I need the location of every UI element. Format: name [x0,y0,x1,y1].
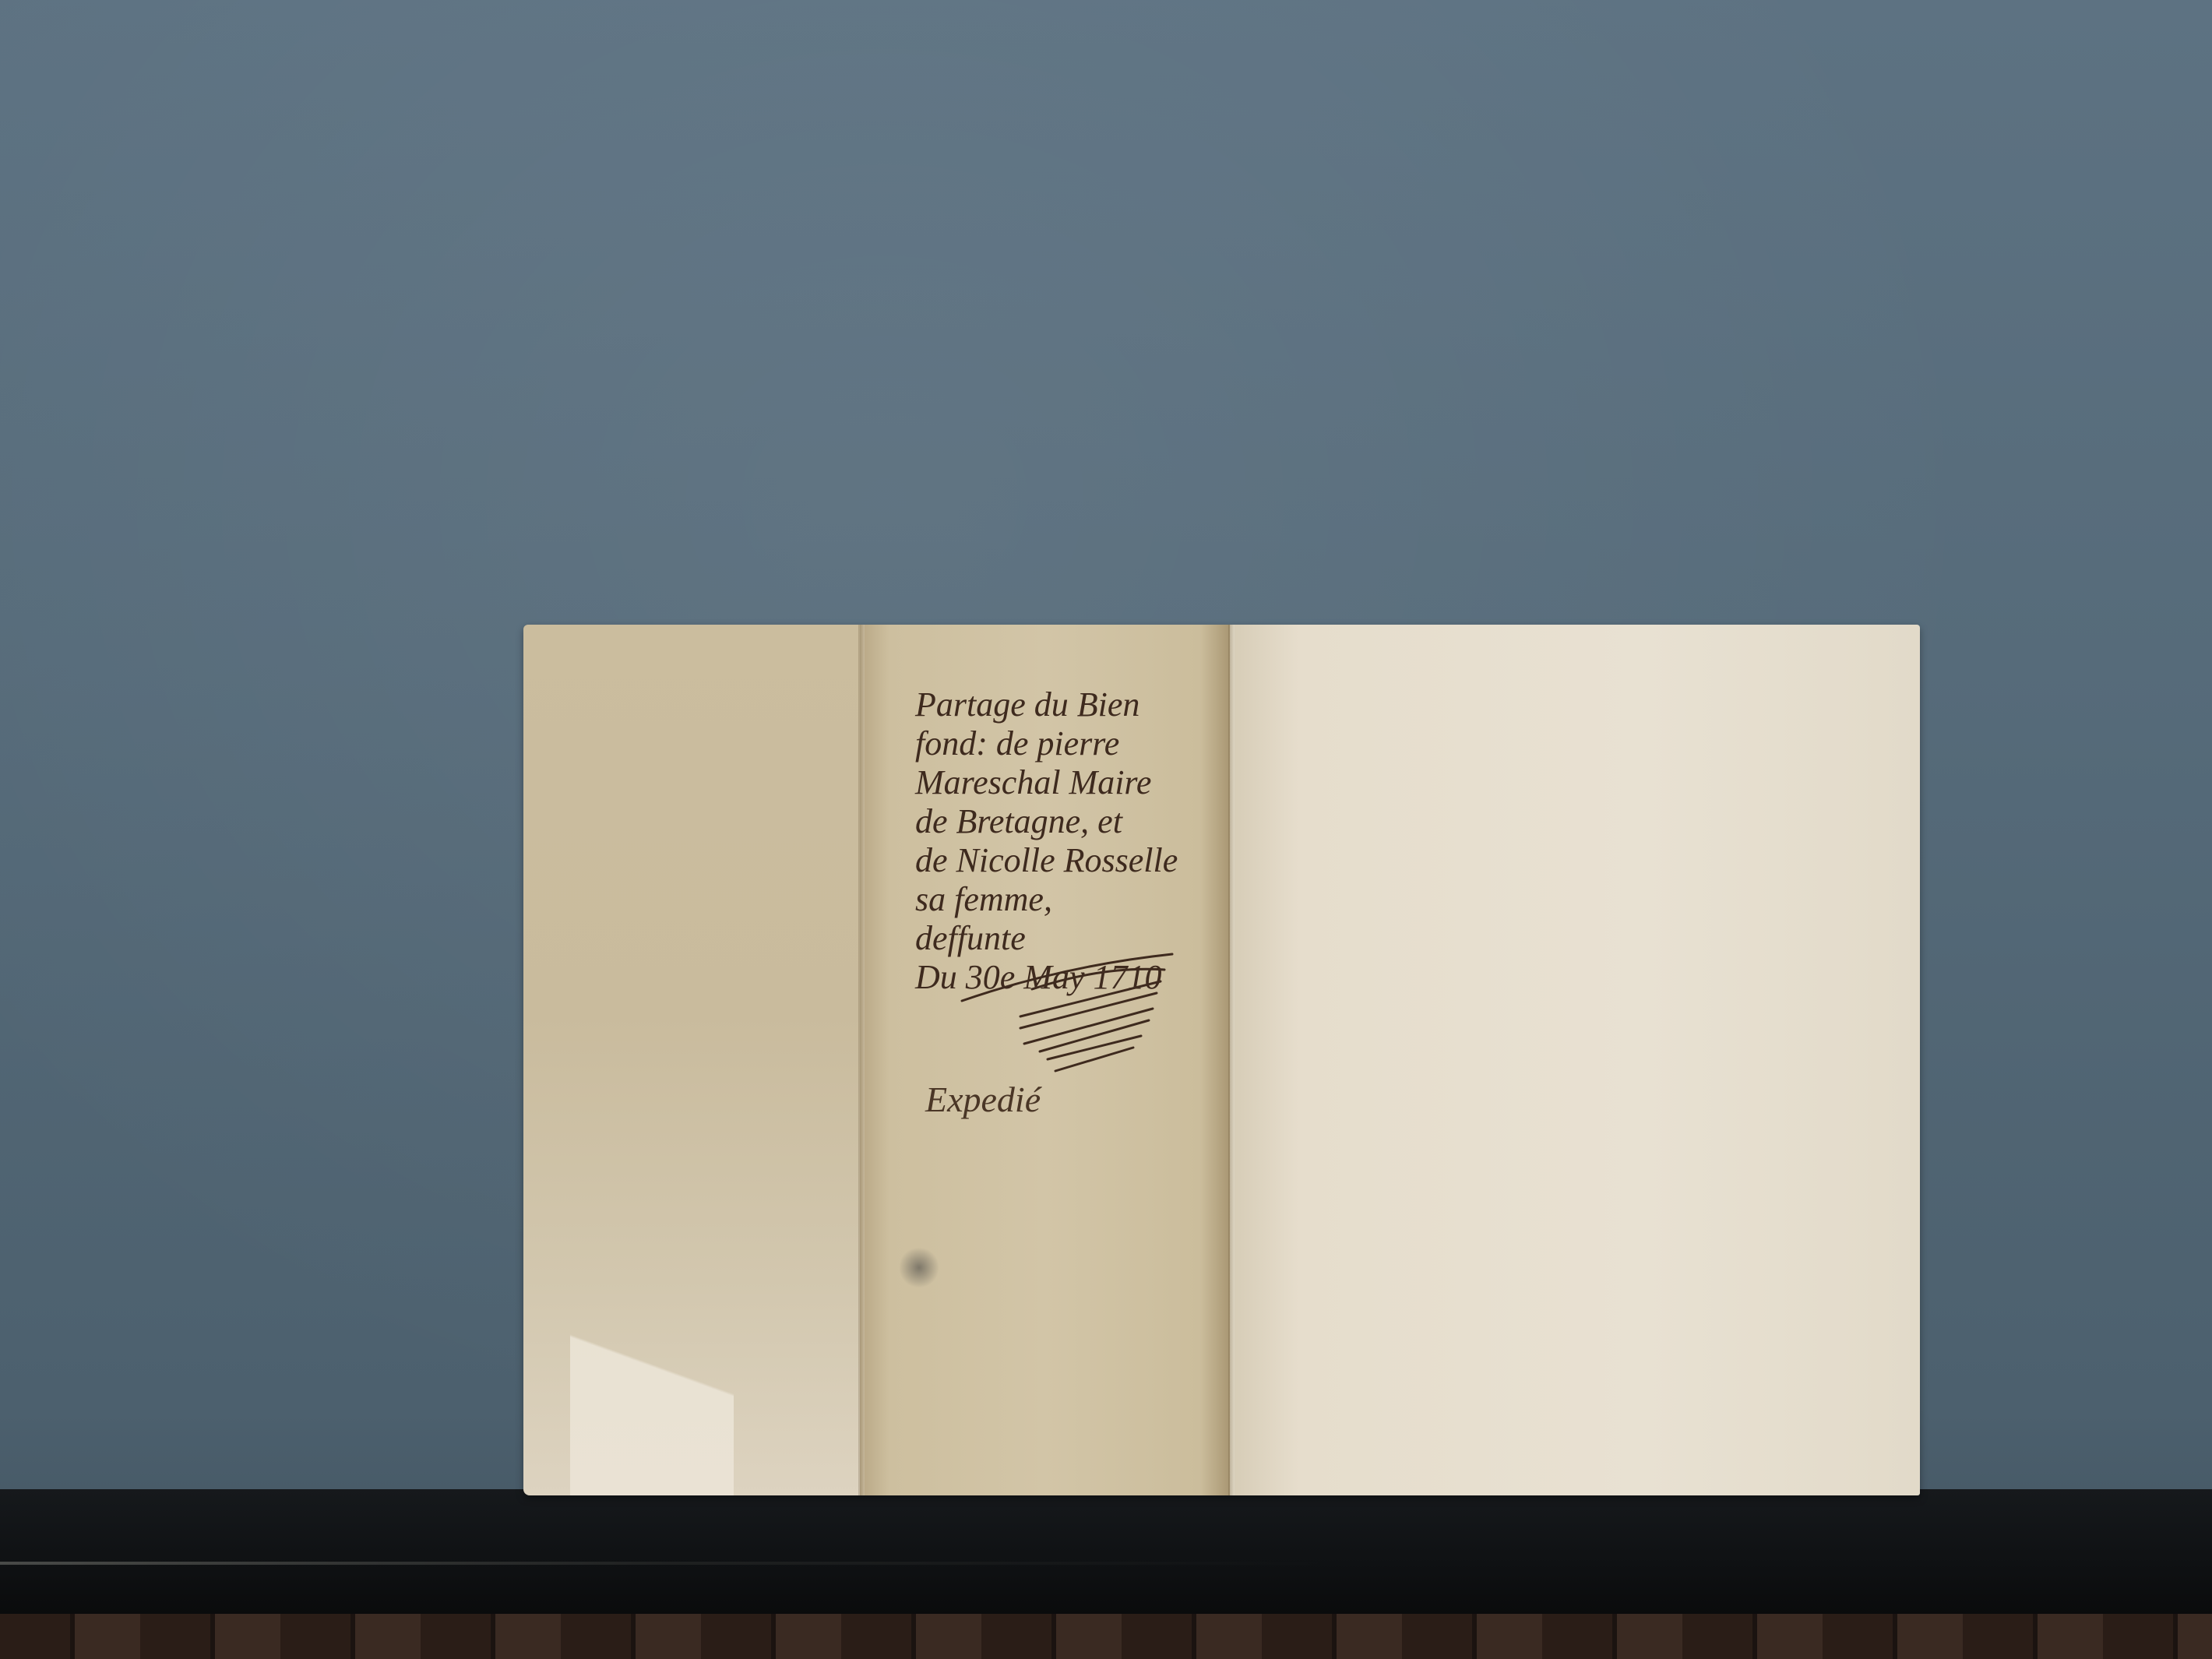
document-right-panel [1230,625,1920,1495]
endorsement-line: de Nicolle Rosselle [915,841,1242,880]
expedie-annotation: Expedié [925,1079,1041,1120]
floor [0,1614,2212,1659]
endorsement-line: sa femme, [915,880,1242,919]
endorsement-line: fond: de pierre [915,724,1242,763]
fold-line-left [858,625,865,1495]
document-left-panel [523,625,860,1495]
paraph-flourish [946,946,1180,1075]
shelf-edge [0,1562,2212,1565]
folded-corner [570,1262,734,1495]
ink-stain [900,1246,939,1289]
endorsement-line: Mareschal Maire [915,763,1242,802]
shelf [0,1489,2212,1614]
endorsement-line: de Bretagne, et [915,802,1242,841]
endorsement-line: Partage du Bien [915,685,1242,724]
